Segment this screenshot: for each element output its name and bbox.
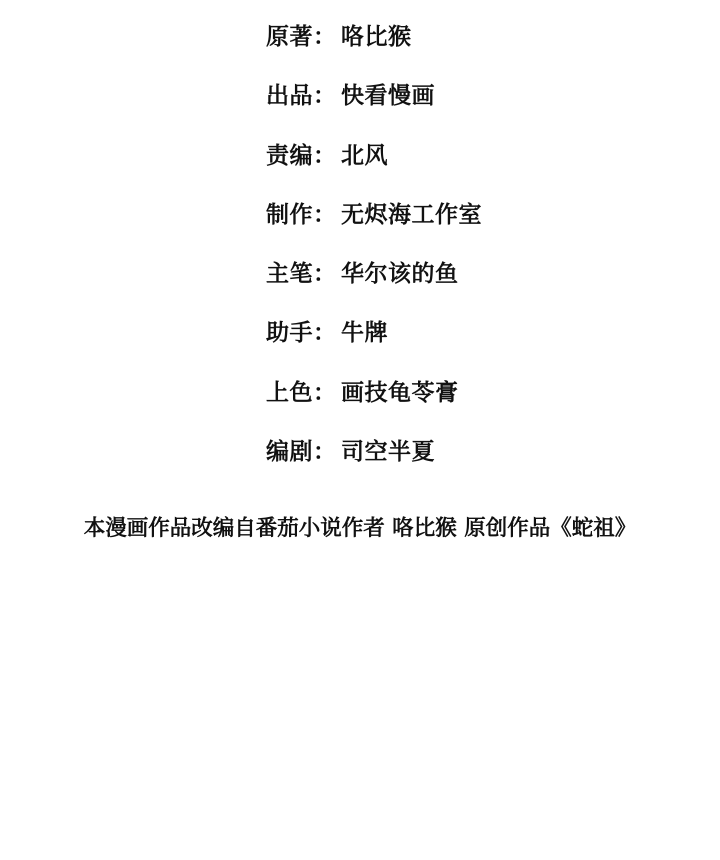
credit-name: 快看慢画 [341,79,435,113]
credit-separator: ： [313,79,341,113]
credit-name: 画技龟苓膏 [341,376,459,410]
credit-role-label: 编剧 [266,435,313,469]
credit-separator: ： [313,316,341,350]
credit-lead-artist: 主笔：华尔该的鱼 [266,257,482,316]
credit-name: 咯比猴 [341,20,412,54]
credit-separator: ： [313,20,341,54]
credit-name: 华尔该的鱼 [341,257,459,291]
credit-assistant: 助手：牛牌 [266,316,482,375]
credit-editor: 责编：北风 [266,139,482,198]
credit-separator: ： [313,376,341,410]
credit-original-author: 原著：咯比猴 [266,20,482,79]
credit-separator: ： [313,435,341,469]
credit-role-label: 出品 [266,79,313,113]
credit-publisher: 出品：快看慢画 [266,79,482,138]
credit-role-label: 上色 [266,376,313,410]
credit-separator: ： [313,198,341,232]
credits-list: 原著：咯比猴 出品：快看慢画 责编：北风 制作：无烬海工作室 主笔：华尔该的鱼 … [266,20,482,494]
credit-name: 无烬海工作室 [341,198,482,232]
credit-colorist: 上色：画技龟苓膏 [266,376,482,435]
credit-role-label: 责编 [266,139,313,173]
credit-separator: ： [313,257,341,291]
credit-production: 制作：无烬海工作室 [266,198,482,257]
credit-role-label: 制作 [266,198,313,232]
credit-separator: ： [313,139,341,173]
credit-role-label: 助手 [266,316,313,350]
credit-role-label: 主笔 [266,257,313,291]
credit-role-label: 原著 [266,20,313,54]
adaptation-source-note: 本漫画作品改编自番茄小说作者 咯比猴 原创作品《蛇祖》 [0,512,720,546]
credit-screenwriter: 编剧：司空半夏 [266,435,482,494]
credit-name: 牛牌 [341,316,388,350]
credit-name: 司空半夏 [341,435,435,469]
credit-name: 北风 [341,139,388,173]
